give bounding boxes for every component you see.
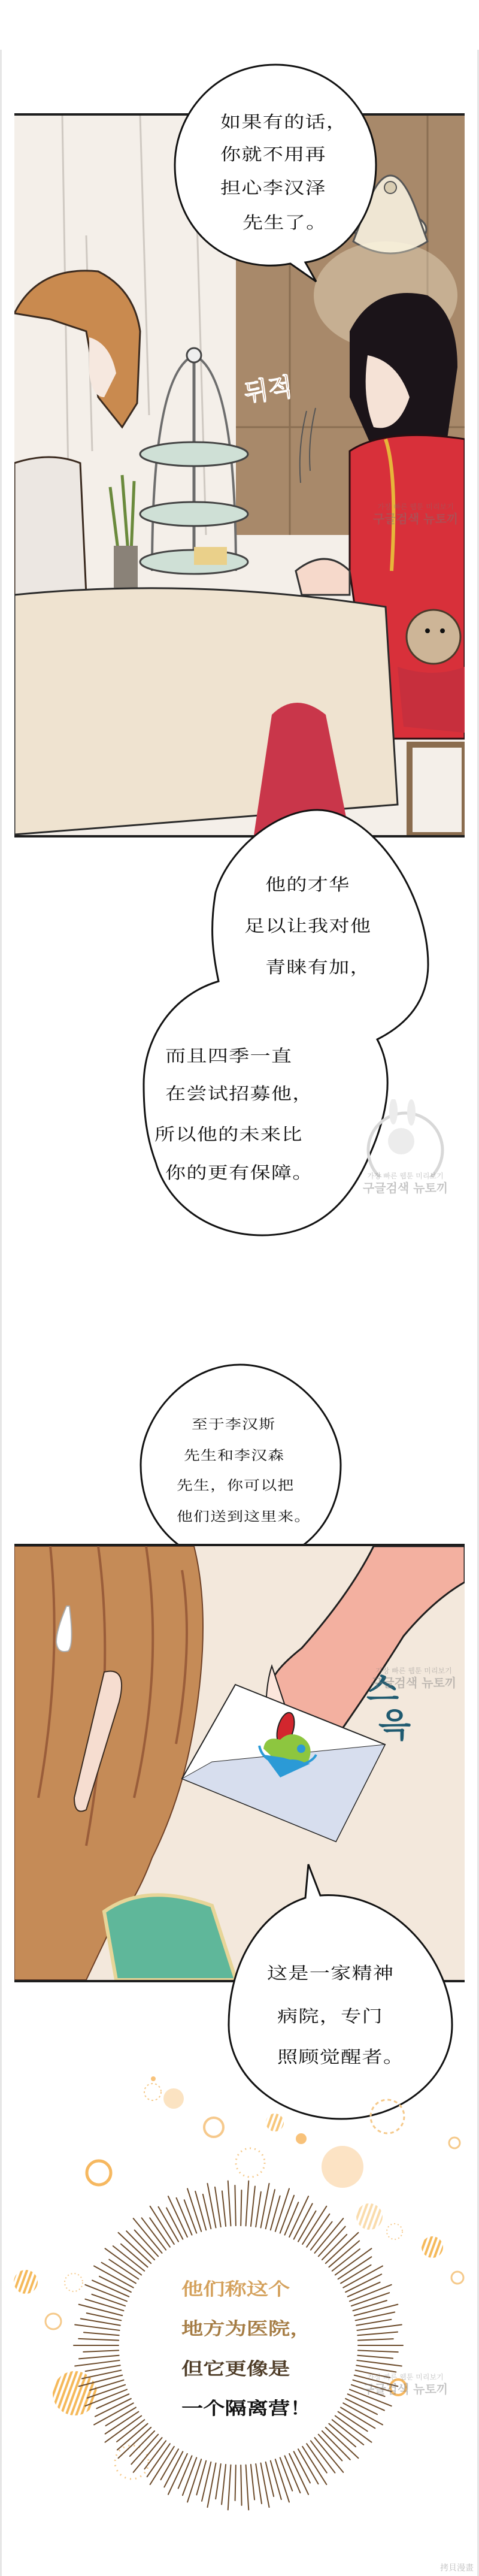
bokeh-circles-icon (14, 2076, 463, 2479)
watermark-logo-2: 가장 빠른 웹툰 미리보기 구글검색 뉴토끼 (360, 1099, 450, 1204)
watermark-line2: 구글검색 뉴토끼 (365, 512, 465, 526)
sfx-rummage: 뒤적 (241, 367, 295, 410)
bubble-2-line: 青睐有加， (265, 959, 371, 976)
bubble-1-line: 如果有的话， (220, 114, 347, 131)
burst-line: 但它更像是 (181, 2360, 290, 2378)
burst-line: 一个隔离营！ (181, 2400, 312, 2417)
watermark-line1: 가장 빠른 웹툰 미리보기 (360, 2372, 450, 2382)
bubble-3-line: 先生和李汉森 (184, 1450, 284, 1463)
watermark-line2: 구글검색 뉴토끼 (363, 1676, 465, 1690)
bubble-2-line: 所以他的未来比 (154, 1126, 303, 1143)
bubble-2-line: 足以让我对他 (244, 918, 371, 935)
footer-watermark: 拷貝漫畫 (440, 2562, 474, 2574)
watermark-line1: 가장 빠른 웹툰 미리보기 (365, 502, 465, 512)
bubble-4-line: 病院，专门 (277, 2008, 383, 2025)
bubble-4-line: 这是一家精神 (267, 1965, 394, 1982)
bubble-2-line: 他的才华 (265, 876, 350, 893)
watermark-line1: 가장 빠른 웹툰 미리보기 (363, 1666, 465, 1676)
bubble-1-line: 你就不用再 (220, 146, 326, 163)
bubble-1-line: 担心李汉泽 (220, 180, 326, 196)
burst-line: 地方为医院， (181, 2320, 312, 2338)
sfx-swoosh-2: 윽 (378, 1708, 411, 1744)
watermark-burst: 가장 빠른 웹툰 미리보기 구글검색 뉴토끼 (360, 2372, 450, 2396)
watermark-line1: 가장 빠른 웹툰 미리보기 (360, 1171, 450, 1181)
watermark-line2: 구글검색 뉴토끼 (360, 1181, 450, 1195)
bubble-3-line: 先生，你可以把 (177, 1480, 294, 1493)
watermark-line2: 구글검색 뉴토끼 (360, 2382, 450, 2396)
bubble-3-line: 他们送到这里来。 (177, 1511, 311, 1524)
bubble-2-line: 你的更有保障。 (165, 1165, 314, 1181)
motion-lines-icon (295, 405, 319, 489)
bubble-1-line: 先生了。 (242, 214, 328, 231)
bubble-3-line: 至于李汉斯 (192, 1419, 275, 1432)
burst-decoration (0, 2061, 479, 2540)
bunny-mascot-icon (360, 1099, 450, 1177)
burst-line: 他们称这个 (181, 2281, 290, 2298)
bubble-2-line: 在尝试招募他， (165, 1086, 314, 1102)
bubble-2-line: 而且四季一直 (165, 1048, 292, 1065)
watermark-panel2: 가장 빠른 웹툰 미리보기 구글검색 뉴토끼 (363, 1666, 465, 1690)
burst-spikes (74, 2181, 403, 2510)
speech-bubble-1 (168, 60, 383, 288)
watermark-panel1: 가장 빠른 웹툰 미리보기 구글검색 뉴토끼 (365, 502, 465, 526)
